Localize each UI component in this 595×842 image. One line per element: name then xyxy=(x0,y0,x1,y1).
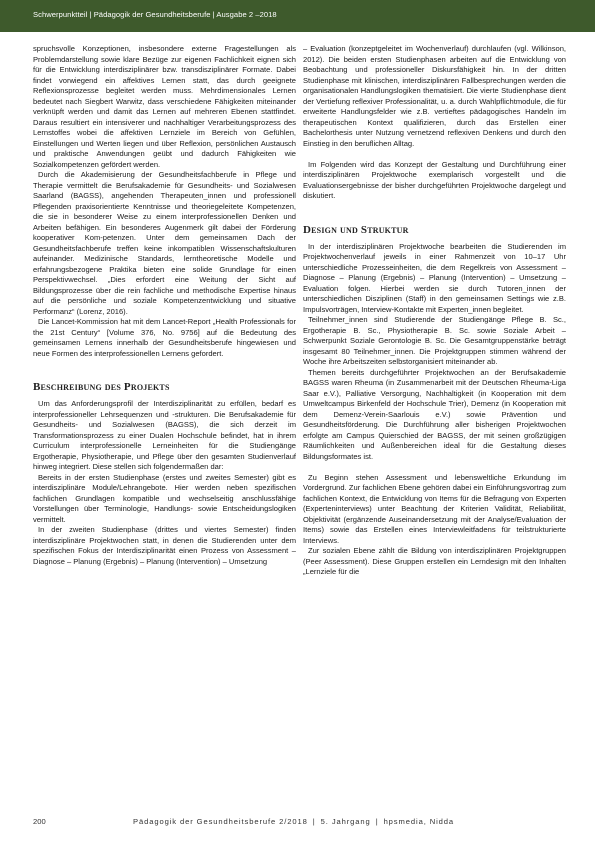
divider: | xyxy=(313,817,316,826)
paragraph: – Evaluation (konzeptgeleitet im Wochenv… xyxy=(303,44,566,149)
spacer xyxy=(33,359,296,380)
paragraph: Im Folgenden wird das Konzept der Gestal… xyxy=(303,160,566,202)
page-number: 200 xyxy=(33,817,46,826)
paragraph: Themen bereits durchgeführter Projektwoc… xyxy=(303,368,566,463)
running-header-title: Schwerpunktteil | Pädagogik der Gesundhe… xyxy=(33,10,277,19)
paragraph: Durch die Akademisierung der Gesundheits… xyxy=(33,170,296,317)
spacer xyxy=(303,462,566,473)
paragraph: In der interdisziplinären Projektwoche b… xyxy=(303,242,566,316)
paragraph: In der zweiten Studienphase (drittes und… xyxy=(33,525,296,567)
paragraph: Die Lancet-Kommission hat mit dem Lancet… xyxy=(33,317,296,359)
running-header-bar: Schwerpunktteil | Pädagogik der Gesundhe… xyxy=(0,0,595,32)
divider: | xyxy=(376,817,379,826)
left-column: spruchsvolle Konzeptionen, insbesondere … xyxy=(33,44,296,567)
footer-volume: 5. Jahrgang xyxy=(321,817,371,826)
paragraph: Bereits in der ersten Studienphase (erst… xyxy=(33,473,296,526)
spacer xyxy=(303,149,566,160)
paragraph: Teilnehmer_innen sind Studierende der St… xyxy=(303,315,566,368)
paragraph: Um das Anforderungsprofil der Interdiszi… xyxy=(33,399,296,473)
paragraph: Zu Beginn stehen Assessment und lebenswe… xyxy=(303,473,566,547)
right-column: – Evaluation (konzeptgeleitet im Wochenv… xyxy=(303,44,566,578)
footer-publisher: hpsmedia, Nidda xyxy=(384,817,455,826)
paragraph: spruchsvolle Konzeptionen, insbesondere … xyxy=(33,44,296,170)
footer-journal-title: Pädagogik der Gesundheitsberufe 2/2018 xyxy=(133,817,308,826)
spacer xyxy=(303,202,566,223)
paragraph: Zur sozialen Ebene zählt die Bildung von… xyxy=(303,546,566,578)
footer-citation: Pädagogik der Gesundheitsberufe 2/2018|5… xyxy=(133,817,454,826)
page-footer: 200 Pädagogik der Gesundheitsberufe 2/20… xyxy=(0,817,595,831)
section-heading-beschreibung: Beschreibung des Projekts xyxy=(33,380,296,394)
section-heading-design: Design und Struktur xyxy=(303,223,566,237)
